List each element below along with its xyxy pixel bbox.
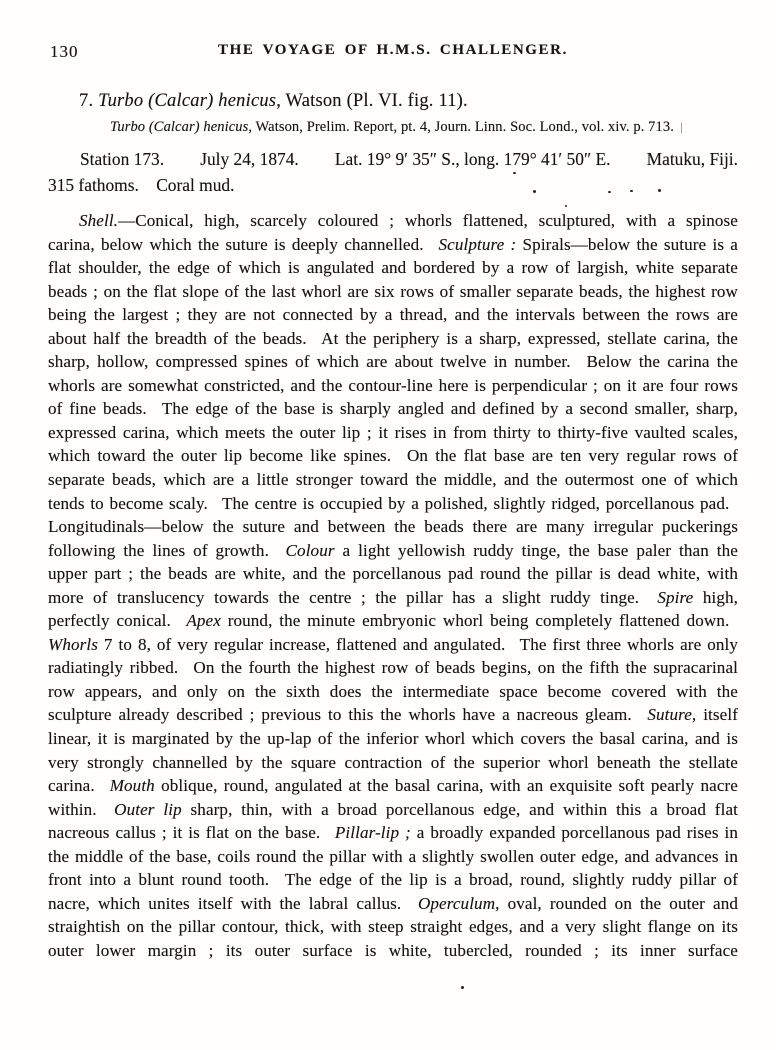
scan-speck: [608, 191, 611, 193]
scan-speck: [533, 190, 536, 193]
synonymy-citation: Turbo (Calcar) henicus, Watson, Prelim. …: [110, 119, 674, 135]
page-number: 130: [50, 42, 79, 62]
station-line-1: Station 173. July 24, 1874. Lat. 19° 9′ …: [48, 149, 738, 170]
station-coordinates: Lat. 19° 9′ 35″ S., long. 179° 41′ 50″ E…: [335, 149, 611, 170]
description-paragraph: Shell.—Conical, high, scarcely coloured …: [48, 209, 738, 963]
scan-speck: [513, 172, 516, 174]
scan-speck: [565, 205, 567, 207]
station-date: July 24, 1874.: [200, 149, 299, 170]
station-paragraph: Station 173. July 24, 1874. Lat. 19° 9′ …: [48, 149, 738, 196]
running-header: THE VOYAGE OF H.M.S. CHALLENGER.: [48, 42, 738, 59]
species-heading: 7. Turbo (Calcar) henicus, Watson (Pl. V…: [48, 91, 738, 112]
station-line-2: 315 fathoms. Coral mud.: [48, 175, 738, 196]
page-header: 130 THE VOYAGE OF H.M.S. CHALLENGER.: [48, 42, 738, 64]
scan-speck: [630, 190, 633, 192]
scan-artifact-mark: |: [680, 119, 682, 135]
station-number: Station 173.: [80, 149, 164, 170]
scan-speck: [461, 986, 464, 989]
text-block: 130 THE VOYAGE OF H.M.S. CHALLENGER. 7. …: [48, 0, 738, 963]
station-locality: Matuku, Fiji.: [647, 149, 738, 170]
scan-speck: [658, 189, 661, 192]
synonymy-line: Turbo (Calcar) henicus, Watson, Prelim. …: [48, 119, 738, 136]
scanned-book-page: 130 THE VOYAGE OF H.M.S. CHALLENGER. 7. …: [0, 0, 776, 1050]
